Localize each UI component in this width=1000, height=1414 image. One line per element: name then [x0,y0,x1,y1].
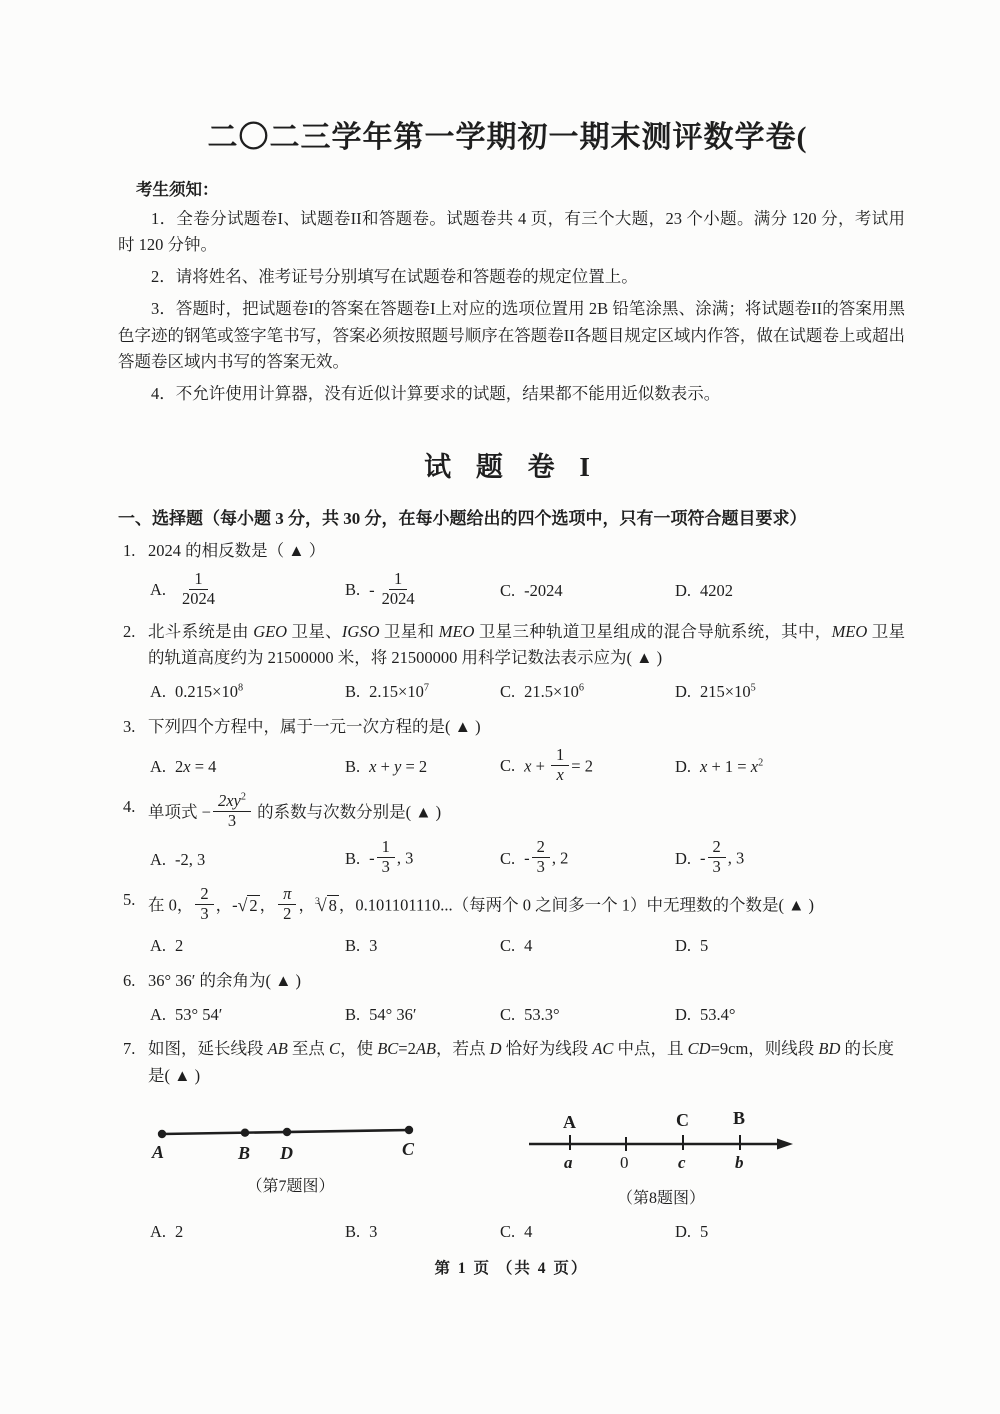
option-b: B.3 [345,933,500,960]
option-c: C.x + 1x= 2 [500,748,675,787]
notice-item-2: 2．请将姓名、准考证号分别填写在试题卷和答题卷的规定位置上。 [118,264,905,291]
point-label-D: D [279,1143,293,1163]
option-b-label: B. [345,682,360,701]
notice-item-4: 4．不允许使用计算器，没有近似计算要求的试题，结果都不能用近似数表示。 [118,381,905,408]
tick-label-0: 0 [620,1153,629,1172]
exponent: 5 [751,683,756,694]
fraction: 12024 [377,570,420,609]
question-4-text-pre: 单项式 [148,803,202,822]
option-c-label: C. [500,1222,515,1241]
exam-page: 二〇二三学年第一学期初一期末测评数学卷( 考生须知： 1．全卷分试题卷I、试题卷… [0,0,1000,1414]
figure-q8-caption: （第8题图） [617,1186,705,1212]
option-c-value: 4 [524,1222,532,1241]
option-b-label: B. [345,936,360,955]
option-d-value: 5 [700,936,708,955]
option-b-value: 3 [369,936,377,955]
fraction-denominator: x [551,766,568,785]
option-b-value: x + y = 2 [369,757,427,776]
figures-row: A B D C （第7题图） A C B a [118,1104,905,1212]
option-b-value: 2.15×10 [369,682,424,701]
fraction: 12024 [177,570,220,609]
option-b: B.x + y = 2 [345,754,500,781]
option-a-label: A. [150,850,166,869]
section-heading: 一、选择题（每小题 3 分，共 30 分，在每小题给出的四个选项中，只有一项符合… [118,505,905,533]
fraction-numerator: 1 [551,746,569,766]
point-label-A: A [151,1142,164,1162]
option-a: A.12024 [150,572,345,611]
option-d-label: D. [675,682,691,701]
option-b-value: 54° 36′ [369,1005,416,1024]
option-c: C.21.5×106 [500,679,675,706]
option-c: C.-2024 [500,578,675,605]
cube-root: 3√8 [315,896,339,915]
fraction-denominator: 3 [377,858,395,877]
option-a: A.53° 54′ [150,1002,345,1029]
fraction-denominator: 3 [195,905,213,924]
question-1-options: A.12024 B.-12024 C.-2024 D.4202 [118,572,905,611]
question-5-text: ， [298,896,315,915]
fraction-denominator: 2024 [177,590,220,609]
question-5-text: ， [260,896,277,915]
fraction: 13 [377,838,395,877]
exponent: 6 [579,683,584,694]
notice-item-1: 1．全卷分试题卷I、试题卷II和答题卷。试题卷共 4 页，有三个大题，23 个小… [118,206,905,259]
minus-sign: - [700,849,706,868]
option-b-label: B. [345,580,360,599]
option-b-tail: , 3 [397,849,414,868]
fraction-numerator: 2xy2 [213,792,251,812]
option-a-label: A. [150,936,166,955]
question-4-stem: 4.单项式 −2xy23 的系数与次数分别是( ▲ ) [118,794,905,833]
option-b: B.-13, 3 [345,840,500,879]
option-a-label: A. [150,682,166,701]
option-c-tail: = 2 [571,756,593,775]
fraction: 23 [195,885,213,924]
notice-section: 考生须知： 1．全卷分试题卷I、试题卷II和答题卷。试题卷共 4 页，有三个大题… [118,177,905,408]
question-6: 6.36° 36′ 的余角为( ▲ ) A.53° 54′ B.54° 36′ … [118,968,905,1028]
paper-title: 试 题 卷 I [118,446,905,490]
fraction-numerator: 2 [532,838,550,858]
fraction-denominator: 3 [223,812,241,831]
option-a: A.2 [150,933,345,960]
option-d-value: x + 1 = x [700,757,758,776]
question-2: 2.北斗系统是由 GEO 卫星、IGSO 卫星和 MEO 卫星三种轨道卫星组成的… [118,619,905,706]
tick-label-c: c [678,1153,686,1172]
question-5-text: 在 0， [148,896,193,915]
option-b-label: B. [345,757,360,776]
option-a: A.-2, 3 [150,847,345,874]
question-5-text: ，0.101101110...（每两个 0 之间多一个 1）中无理数的个数是( … [339,896,814,915]
exponent: 2 [758,757,763,768]
question-6-text: 36° 36′ 的余角为( ▲ ) [148,971,301,990]
fraction-denominator: 2024 [377,590,420,609]
page-footer: 第 1 页 （共 4 页） [118,1256,905,1281]
option-d-label: D. [675,1005,691,1024]
option-d: D.4202 [675,578,905,605]
figure-q7-caption: （第7题图） [246,1174,334,1200]
fraction-numerator: 2 [708,838,726,858]
option-a-value: 2x = 4 [175,757,216,776]
question-3-number: 3. [123,714,135,741]
question-2-text: 北斗系统是由 GEO 卫星、IGSO 卫星和 MEO 卫星三种轨道卫星组成的混合… [148,622,905,668]
option-b: B.3 [345,1219,500,1246]
point-label-A: A [563,1112,576,1132]
point-label-B: B [733,1108,745,1128]
option-a-label: A. [150,1005,166,1024]
option-c-value: 53.3° [524,1005,559,1024]
option-a-label: A. [150,1222,166,1241]
option-a-label: A. [150,580,166,599]
option-a-label: A. [150,757,166,776]
notice-item-3: 3．答题时，把试题卷I的答案在答题卷I上对应的选项位置用 2B 铅笔涂黑、涂满；… [118,296,905,376]
question-7-number: 7. [123,1036,135,1063]
option-b: B.54° 36′ [345,1002,500,1029]
option-d: D.5 [675,1219,905,1246]
option-d: D.5 [675,933,905,960]
fraction-numerator: 1 [389,570,407,590]
question-7-stem-line2: 是( ▲ ) [118,1063,905,1090]
figure-q8: A C B a 0 c b （第8题图） [525,1104,797,1212]
question-1-number: 1. [123,538,135,565]
question-4-options: A.-2, 3 B.-13, 3 C.-23, 2 D.-23, 3 [118,840,905,879]
fraction-numerator: 1 [189,570,207,590]
fraction-denominator: 2 [278,905,296,924]
tick-label-a: a [564,1153,573,1172]
option-c-tail: , 2 [552,849,569,868]
question-5: 5.在 0，23，-√2，π2，3√8，0.101101110...（每两个 0… [118,887,905,960]
tick-label-b: b [735,1153,744,1172]
figure-q7: A B D C （第7题图） [148,1104,433,1212]
option-c-value: -2024 [524,581,563,600]
option-d-label: D. [675,936,691,955]
exponent: 7 [424,683,429,694]
fraction-denominator: 3 [532,858,550,877]
question-7-text: 如图，延长线段 AB 至点 C，使 BC=2AB，若点 D 恰好为线段 AC 中… [148,1039,894,1058]
option-c-label: C. [500,936,515,955]
point-label-C: C [676,1110,689,1130]
fraction-numerator: 2 [195,885,213,905]
point-label-C: C [402,1139,415,1159]
exponent: 8 [238,683,243,694]
fraction-denominator: 3 [708,858,726,877]
option-d: D.x + 1 = x2 [675,754,905,781]
question-3-text: 下列四个方程中，属于一元一次方程的是( ▲ ) [148,717,481,736]
fraction-numerator: π [278,885,296,905]
option-d-label: D. [675,581,691,600]
option-c-value: x + [524,756,549,775]
fraction: 1x [551,746,569,785]
question-1: 1.2024 的相反数是（ ▲ ） A.12024 B.-12024 C.-20… [118,538,905,611]
square-root: √2 [238,896,260,915]
option-d: D.53.4° [675,1002,905,1029]
option-a: A.2x = 4 [150,754,345,781]
option-d-label: D. [675,757,691,776]
option-c: C.4 [500,1219,675,1246]
minus-sign: - [524,849,530,868]
exam-title: 二〇二三学年第一学期初一期末测评数学卷( [110,118,905,157]
option-c-label: C. [500,682,515,701]
fraction: π2 [278,885,296,924]
option-c: C.-23, 2 [500,840,675,879]
minus-sign: − [202,803,211,822]
option-c-label: C. [500,756,515,775]
option-b-label: B. [345,1005,360,1024]
option-a-value: -2, 3 [175,850,205,869]
point-label-B: B [237,1143,250,1163]
option-c-label: C. [500,581,515,600]
option-d-value: 215×10 [700,682,751,701]
option-b-label: B. [345,849,360,868]
option-c-value: 4 [524,936,532,955]
question-2-number: 2. [123,619,135,646]
option-d: D.-23, 3 [675,840,905,879]
question-3-stem: 3.下列四个方程中，属于一元一次方程的是( ▲ ) [118,714,905,741]
question-5-number: 5. [123,887,135,914]
option-a: A.0.215×108 [150,679,345,706]
question-5-text: ，- [216,896,238,915]
option-a-value: 0.215×10 [175,682,238,701]
option-d-label: D. [675,849,691,868]
option-c: C.4 [500,933,675,960]
question-5-stem: 5.在 0，23，-√2，π2，3√8，0.101101110...（每两个 0… [118,887,905,926]
option-b-value: 3 [369,1222,377,1241]
option-d-label: D. [675,1222,691,1241]
option-b: B.2.15×107 [345,679,500,706]
fraction: 23 [532,838,550,877]
question-5-options: A.2 B.3 C.4 D.5 [118,933,905,960]
option-d: D.215×105 [675,679,905,706]
option-d-value: 53.4° [700,1005,735,1024]
question-2-stem: 2.北斗系统是由 GEO 卫星、IGSO 卫星和 MEO 卫星三种轨道卫星组成的… [118,619,905,672]
option-c-label: C. [500,1005,515,1024]
question-7: 7.如图，延长线段 AB 至点 C，使 BC=2AB，若点 D 恰好为线段 AC… [118,1036,905,1245]
fraction: 23 [708,838,726,877]
option-d-tail: , 3 [728,849,745,868]
option-c-label: C. [500,849,515,868]
question-6-stem: 6.36° 36′ 的余角为( ▲ ) [118,968,905,995]
option-d-value: 5 [700,1222,708,1241]
minus-sign: - [369,849,375,868]
option-a-value: 53° 54′ [175,1005,222,1024]
number-line-diagram: A C B a 0 c b [525,1104,797,1176]
question-7-options: A.2 B.3 C.4 D.5 [118,1219,905,1246]
option-b-label: B. [345,1222,360,1241]
fraction: 2xy23 [213,792,251,831]
question-4: 4.单项式 −2xy23 的系数与次数分别是( ▲ ) A.-2, 3 B.-1… [118,794,905,879]
minus-sign: - [369,580,375,599]
question-1-text: 2024 的相反数是（ ▲ ） [148,541,325,560]
option-b: B.-12024 [345,572,500,611]
segment-diagram: A B D C [148,1104,433,1164]
question-4-text-post: 的系数与次数分别是( ▲ ) [253,803,441,822]
question-3: 3.下列四个方程中，属于一元一次方程的是( ▲ ) A.2x = 4 B.x +… [118,714,905,787]
question-4-number: 4. [123,794,135,821]
question-7-stem: 7.如图，延长线段 AB 至点 C，使 BC=2AB，若点 D 恰好为线段 AC… [118,1036,905,1063]
question-2-options: A.0.215×108 B.2.15×107 C.21.5×106 D.215×… [118,679,905,706]
option-a: A.2 [150,1219,345,1246]
option-a-value: 2 [175,936,183,955]
option-c-value: 21.5×10 [524,682,579,701]
option-c: C.53.3° [500,1002,675,1029]
question-6-options: A.53° 54′ B.54° 36′ C.53.3° D.53.4° [118,1002,905,1029]
option-d-value: 4202 [700,581,733,600]
question-6-number: 6. [123,968,135,995]
fraction-numerator: 1 [377,838,395,858]
question-3-options: A.2x = 4 B.x + y = 2 C.x + 1x= 2 D.x + 1… [118,748,905,787]
notice-heading: 考生须知： [136,177,905,204]
option-a-value: 2 [175,1222,183,1241]
question-1-stem: 1.2024 的相反数是（ ▲ ） [118,538,905,565]
